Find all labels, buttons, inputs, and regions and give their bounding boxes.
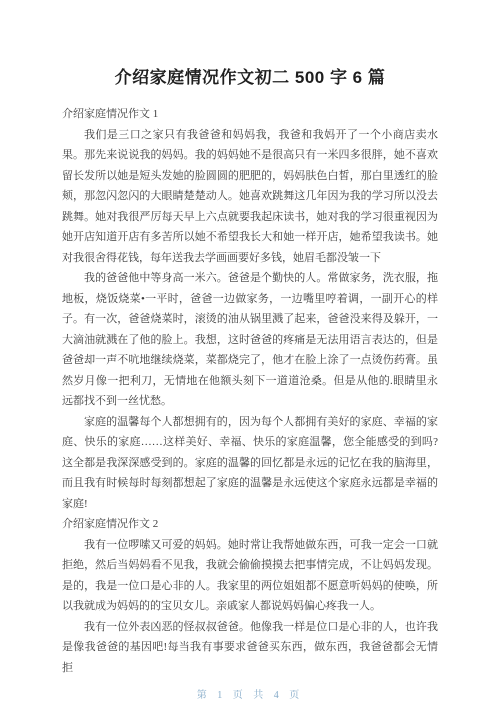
- section-1-paragraph-1: 我们是三口之家只有我爸爸和妈妈我，我爸和我妈开了一个小商店卖水果。那先来说说我的…: [62, 125, 438, 269]
- section-2-paragraph-1: 我有一位啰嗦又可爱的妈妈。她时常让我帮她做东西，可我一定会一口就拒绝，然后当妈妈…: [62, 535, 438, 617]
- section-1-heading: 介绍家庭情况作文 1: [62, 104, 438, 125]
- section-2-heading: 介绍家庭情况作文 2: [62, 514, 438, 535]
- section-2-paragraph-2-truncated: 我有一位外表凶恶的怪叔叔爸爸。他像我一样是位口是心非的人，也许我是像我爸爸的基因…: [62, 617, 438, 679]
- section-1-paragraph-3: 家庭的温馨每个人都想拥有的，因为每个人都拥有美好的家庭、幸福的家庭、快乐的家庭……: [62, 412, 438, 515]
- document-body: 介绍家庭情况作文 1 我们是三口之家只有我爸爸和妈妈我，我爸和我妈开了一个小商店…: [62, 104, 438, 678]
- document-page: 介绍家庭情况作文初二 500 字 6 篇 介绍家庭情况作文 1 我们是三口之家只…: [0, 0, 500, 707]
- page-title: 介绍家庭情况作文初二 500 字 6 篇: [62, 66, 438, 89]
- section-1-paragraph-2: 我的爸爸他中等身高一米六。爸爸是个勤快的人。常做家务，洗衣服，拖地板，烧饭烧菜•…: [62, 268, 438, 412]
- page-number-indicator: 第 1 页 共 4 页: [62, 686, 438, 701]
